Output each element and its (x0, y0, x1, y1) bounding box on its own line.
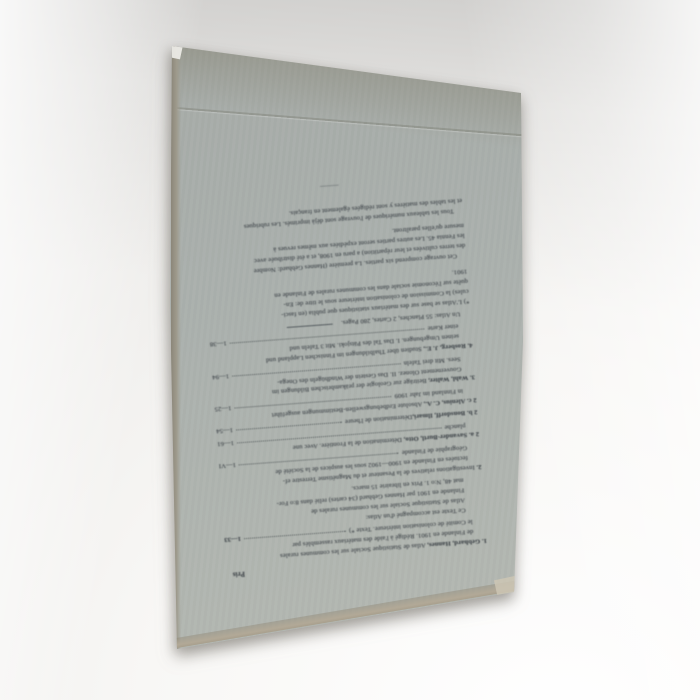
book: Pris 1. Gebhard, Hannes, Atlas de Statis… (0, 0, 700, 700)
footnote-separator-rule (287, 323, 333, 327)
photo-background: Pris 1. Gebhard, Hannes, Atlas de Statis… (0, 0, 700, 700)
book-cover: Pris 1. Gebhard, Hannes, Atlas de Statis… (0, 0, 700, 700)
page-range: 1—33 (224, 533, 242, 544)
page-content-upside-down: Pris 1. Gebhard, Hannes, Atlas de Statis… (198, 159, 489, 579)
page-range: 1—61 (217, 437, 235, 448)
page-range: 1—VI (218, 459, 236, 470)
page-range: 1—94 (212, 370, 230, 381)
toc-list: 1. Gebhard, Hannes, Atlas de Statistique… (209, 320, 487, 564)
page-range: 1—38 (209, 338, 227, 349)
page-range: 1—54 (216, 424, 234, 435)
page-range: 1—25 (214, 402, 232, 413)
end-dash: — (199, 171, 461, 200)
